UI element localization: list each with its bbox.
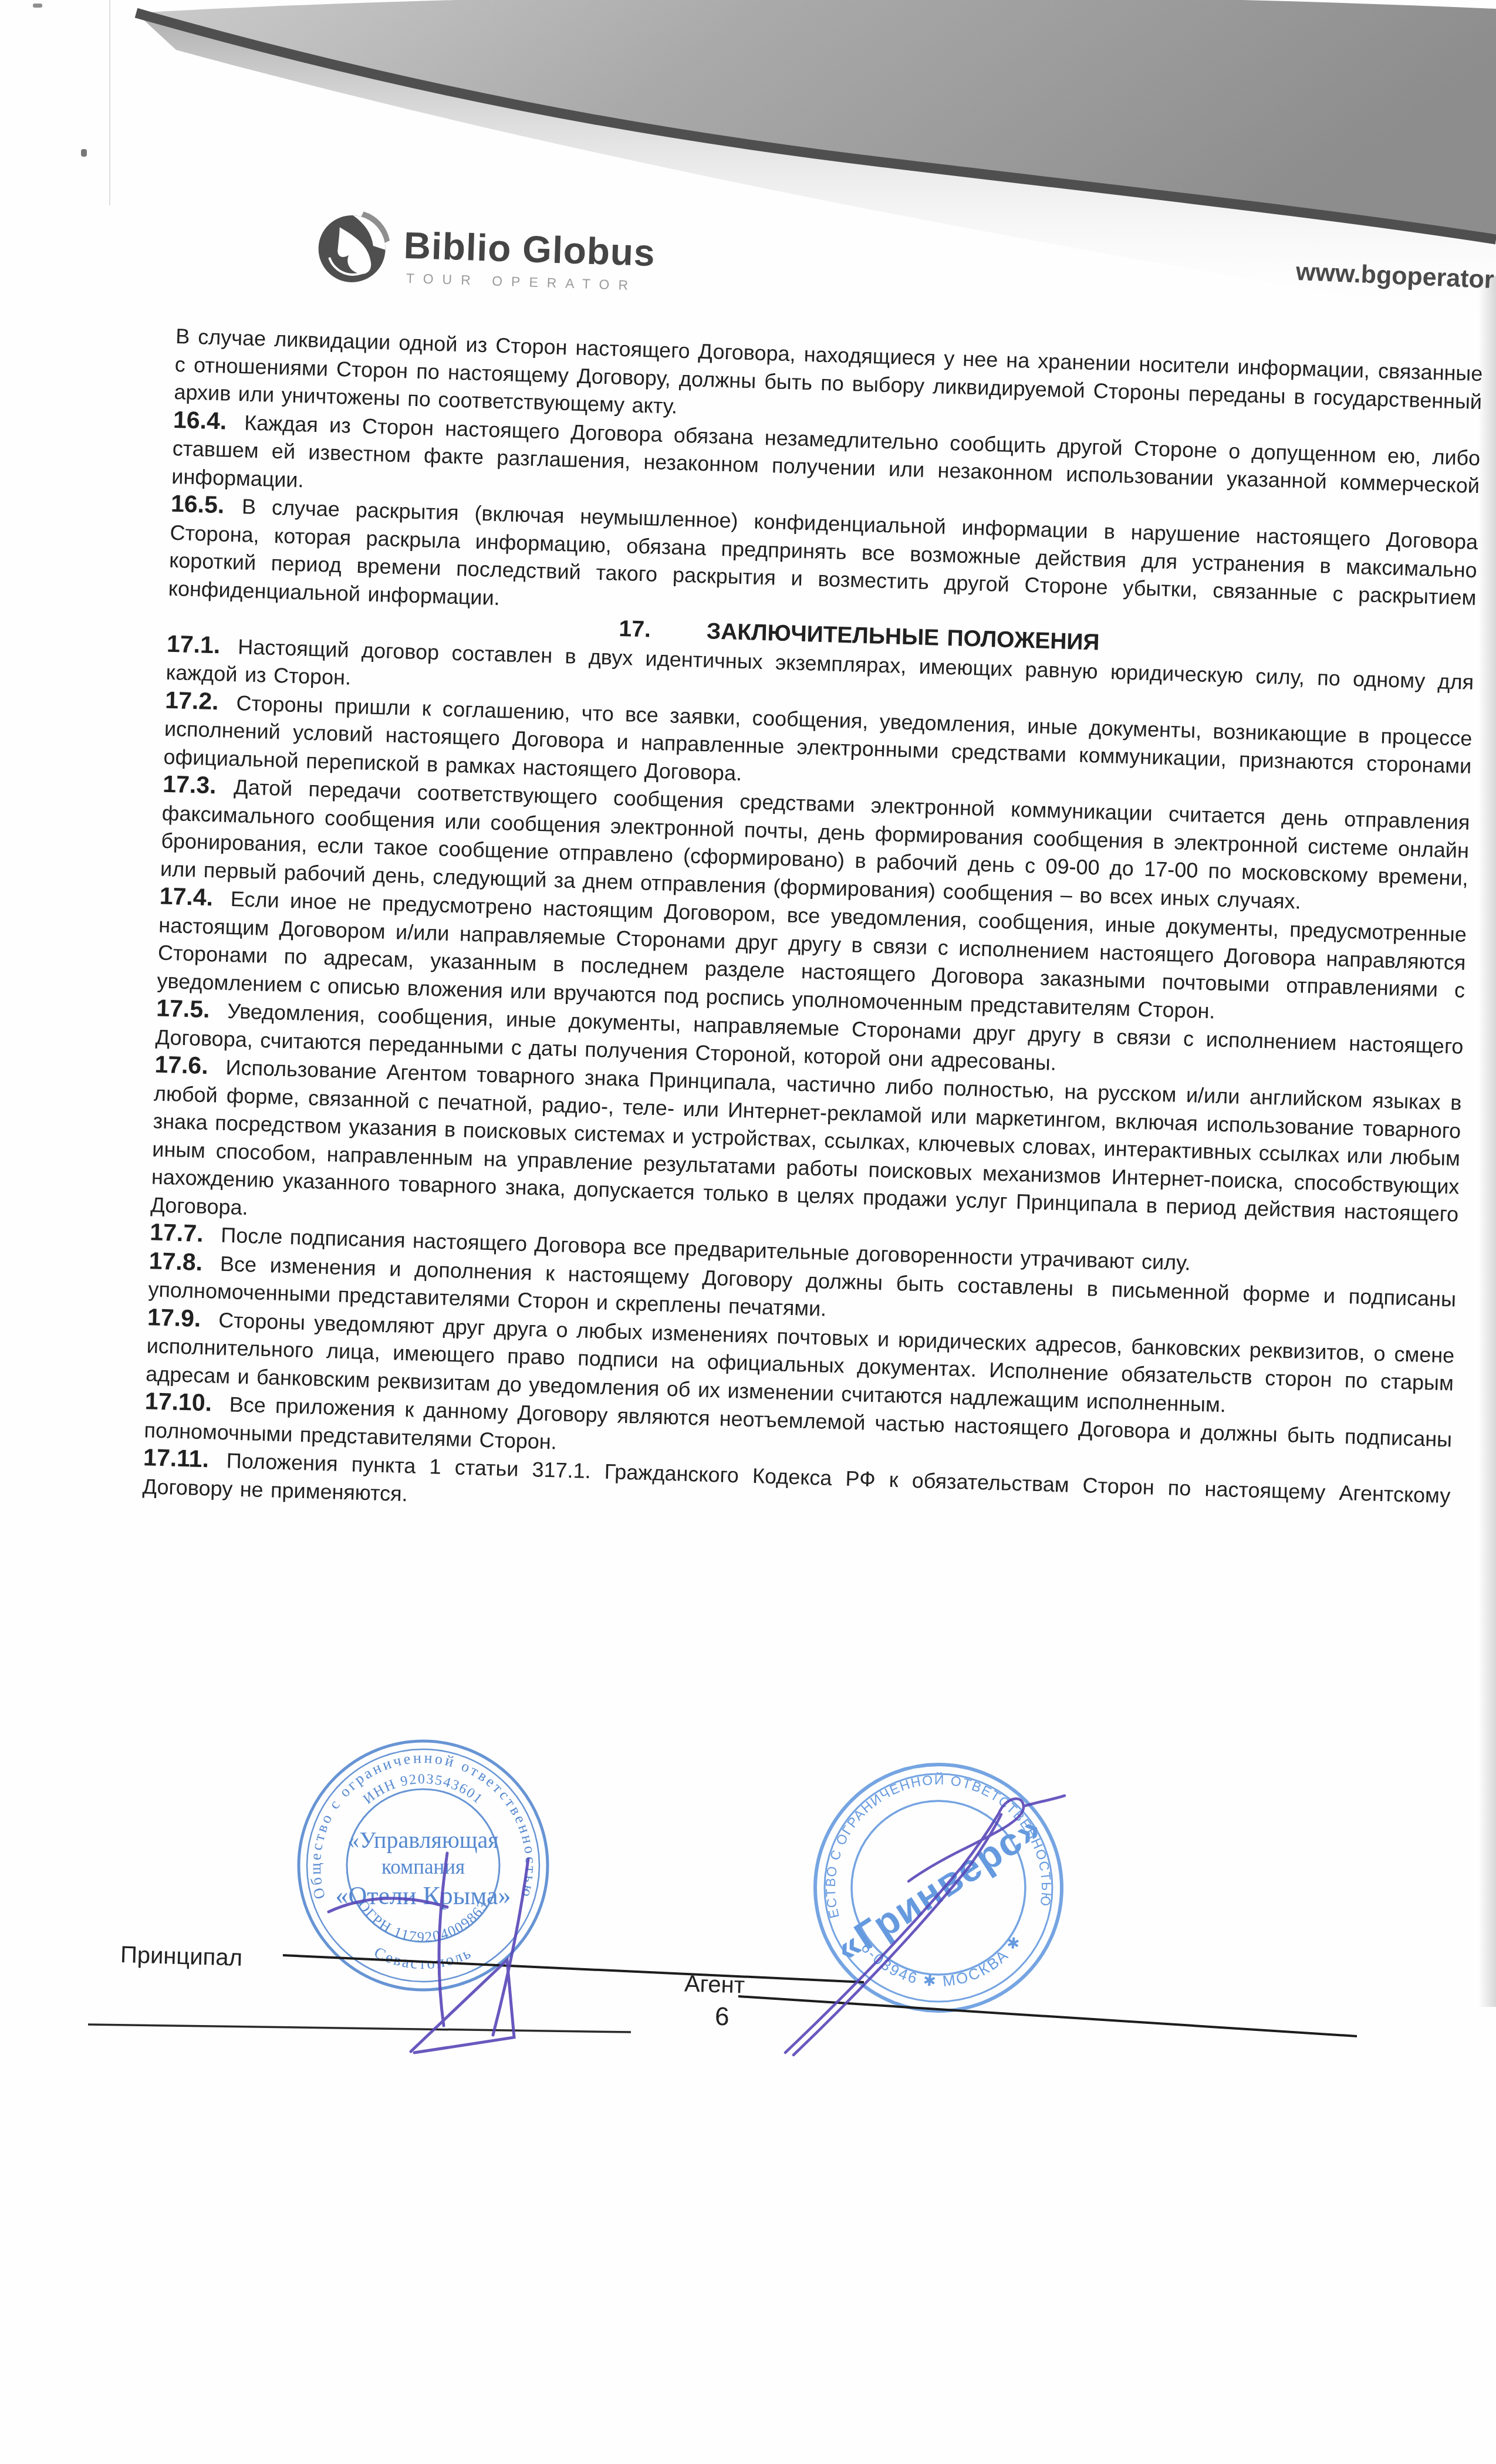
scan-artifact xyxy=(81,149,87,157)
stamp-city: Севастополь xyxy=(372,1944,475,1972)
fold-line xyxy=(88,2024,631,2032)
scan-edge-shadow xyxy=(1478,276,1496,2007)
clause-text: В случае ликвидации одной из Сторон наст… xyxy=(174,324,1483,418)
stamp-company-name-line2: компания xyxy=(381,1855,465,1878)
clause-number: 17.10. xyxy=(144,1387,229,1417)
clause-number: 17.4. xyxy=(159,883,231,911)
clause-number: 16.5. xyxy=(170,490,242,519)
agent-round-stamp: ОБЩЕСТВО С ОГРАНИЧЕННОЙ ОТВЕТСТВЕННОСТЬЮ… xyxy=(812,1762,1065,2014)
principal-label: Принципал xyxy=(120,1942,242,1972)
biblio-globus-logo-icon xyxy=(313,208,393,288)
brand-block: Biblio Globus TOUR OPERATOR xyxy=(316,204,844,221)
clause-number: 17.2. xyxy=(165,686,237,715)
agent-label: Агент xyxy=(684,1970,745,1999)
principal-round-stamp: Общество с ограниченной ответственностью… xyxy=(295,1738,551,1993)
scan-artifact xyxy=(33,4,42,8)
page-number: 6 xyxy=(714,2002,730,2032)
clause-number: 17.11. xyxy=(143,1444,227,1473)
clause-number: 17.9. xyxy=(147,1303,218,1332)
svg-text:Севастополь: Севастополь xyxy=(372,1944,475,1972)
brand-tagline: TOUR OPERATOR xyxy=(406,271,637,293)
section-number: 17. xyxy=(619,616,651,643)
website-url: www.bgoperator xyxy=(1295,258,1494,295)
header-swoosh-graphic xyxy=(0,0,1496,329)
stamp-company-name-line3: «Отели Крыма» xyxy=(335,1881,511,1910)
clause-number: 16.4. xyxy=(173,405,245,434)
clause-number: 17.1. xyxy=(167,630,238,658)
clause-number: 17.6. xyxy=(154,1050,226,1079)
scan-edge-line xyxy=(109,0,110,205)
clause-number: 17.3. xyxy=(163,770,234,799)
scanned-contract-page: Biblio Globus TOUR OPERATOR www.bgoperat… xyxy=(0,0,1496,2464)
contract-body: В случае ликвидации одной из Сторон наст… xyxy=(142,322,1483,1537)
stamp-company-name-line1: «Управляющая xyxy=(347,1827,499,1853)
brand-name: Biblio Globus xyxy=(403,224,656,275)
clause-number: 17.5. xyxy=(156,995,228,1023)
clause-number: 17.7. xyxy=(150,1218,221,1247)
clause-number: 17.8. xyxy=(148,1247,220,1276)
